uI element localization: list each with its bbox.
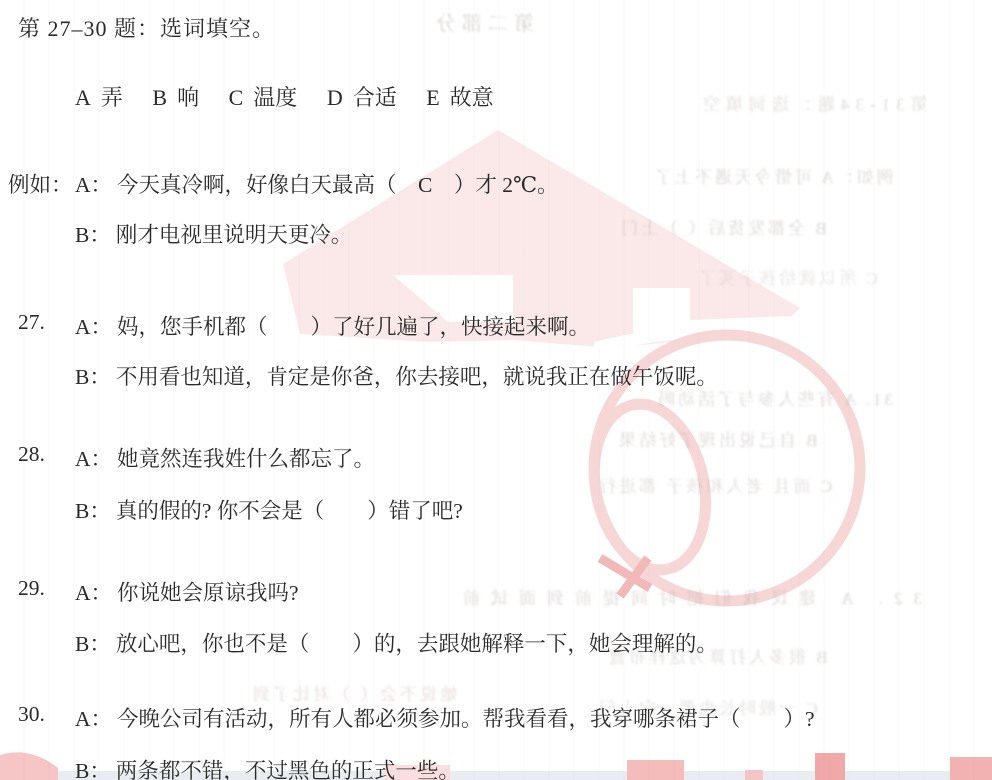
option-letter: C [229,85,244,111]
question-28-line-a: A：她竟然连我姓什么都忘了。 [75,442,375,473]
question-30-line-b: B：两条都不错，不过黑色的正式一些。 [75,754,460,780]
speaker-a-label: A： [75,581,112,605]
question-28-line-b: B：真的假的? 你不会是（ ）错了吧? [75,494,463,525]
question-29-a-text: 你说她会原谅我吗? [117,581,299,605]
word-option-a: A弄 [75,81,123,112]
word-option-b: B响 [152,81,199,112]
speaker-a-label: A： [75,173,112,197]
option-letter: A [75,85,91,111]
example-b-text: 刚才电视里说明天更冷。 [116,223,353,247]
example-line-a: A：今天真冷啊，好像白天最高（ C ）才 2℃。 [75,168,559,199]
option-word: 响 [177,85,199,110]
speaker-a-label: A： [75,447,112,471]
option-word: 合适 [353,85,397,110]
question-number: 28. [18,442,45,467]
question-30-line-a: A：今晚公司有活动，所有人都必须参加。帮我看看，我穿哪条裙子（ ）? [75,702,815,733]
option-word: 温度 [253,85,297,110]
question-29-b-text: 放心吧，你也不是（ ）的，去跟她解释一下，她会理解的。 [116,632,718,656]
speaker-a-label: A： [75,315,112,339]
question-28-a-text: 她竟然连我姓什么都忘了。 [117,447,375,471]
example-label: 例如： [8,168,73,199]
question-number: 29. [18,576,45,601]
word-option-c: C温度 [229,81,298,112]
speaker-b-label: B： [75,632,111,656]
question-30-a-text: 今晚公司有活动，所有人都必须参加。帮我看看，我穿哪条裙子（ ）? [117,707,815,731]
speaker-b-label: B： [75,499,111,523]
speaker-b-label: B： [75,365,111,389]
question-28-b-text: 真的假的? 你不会是（ ）错了吧? [116,499,463,523]
example-a-text: 今天真冷啊，好像白天最高（ C ）才 2℃。 [117,173,559,197]
option-letter: E [426,85,439,111]
speaker-a-label: A： [75,707,112,731]
speaker-b-label: B： [75,759,111,780]
option-word: 故意 [450,85,494,110]
option-word: 弄 [101,85,123,110]
question-29-line-b: B：放心吧，你也不是（ ）的，去跟她解释一下，她会理解的。 [75,627,718,658]
question-27-line-a: A：妈，您手机都（ ）了好几遍了，快接起来啊。 [75,310,590,341]
scanned-exam-page: 第二部分 第31-34题：选词填空 例如：A 可惜今天遇不上了 B 全都发货后（… [0,0,992,780]
word-options-row: A弄 B响 C温度 D合适 E故意 [75,81,518,112]
question-27-a-text: 妈，您手机都（ ）了好几遍了，快接起来啊。 [117,315,590,339]
question-number: 27. [18,310,45,335]
option-letter: B [152,85,167,111]
speaker-b-label: B： [75,223,111,247]
example-line-b: B：刚才电视里说明天更冷。 [75,218,352,249]
option-letter: D [327,85,343,111]
question-number: 30. [18,702,45,727]
question-27-line-b: B：不用看也知道，肯定是你爸，你去接吧，就说我正在做午饭呢。 [75,360,718,391]
question-29-line-a: A：你说她会原谅我吗? [75,576,299,607]
section-title: 第 27–30 题：选词填空。 [18,12,275,43]
exam-content: 第 27–30 题：选词填空。 A弄 B响 C温度 D合适 E故意 例如： A：… [0,0,992,780]
word-option-d: D合适 [327,81,397,112]
word-option-e: E故意 [426,81,493,112]
question-27-b-text: 不用看也知道，肯定是你爸，你去接吧，就说我正在做午饭呢。 [116,365,718,389]
question-30-b-text: 两条都不错，不过黑色的正式一些。 [116,759,460,780]
